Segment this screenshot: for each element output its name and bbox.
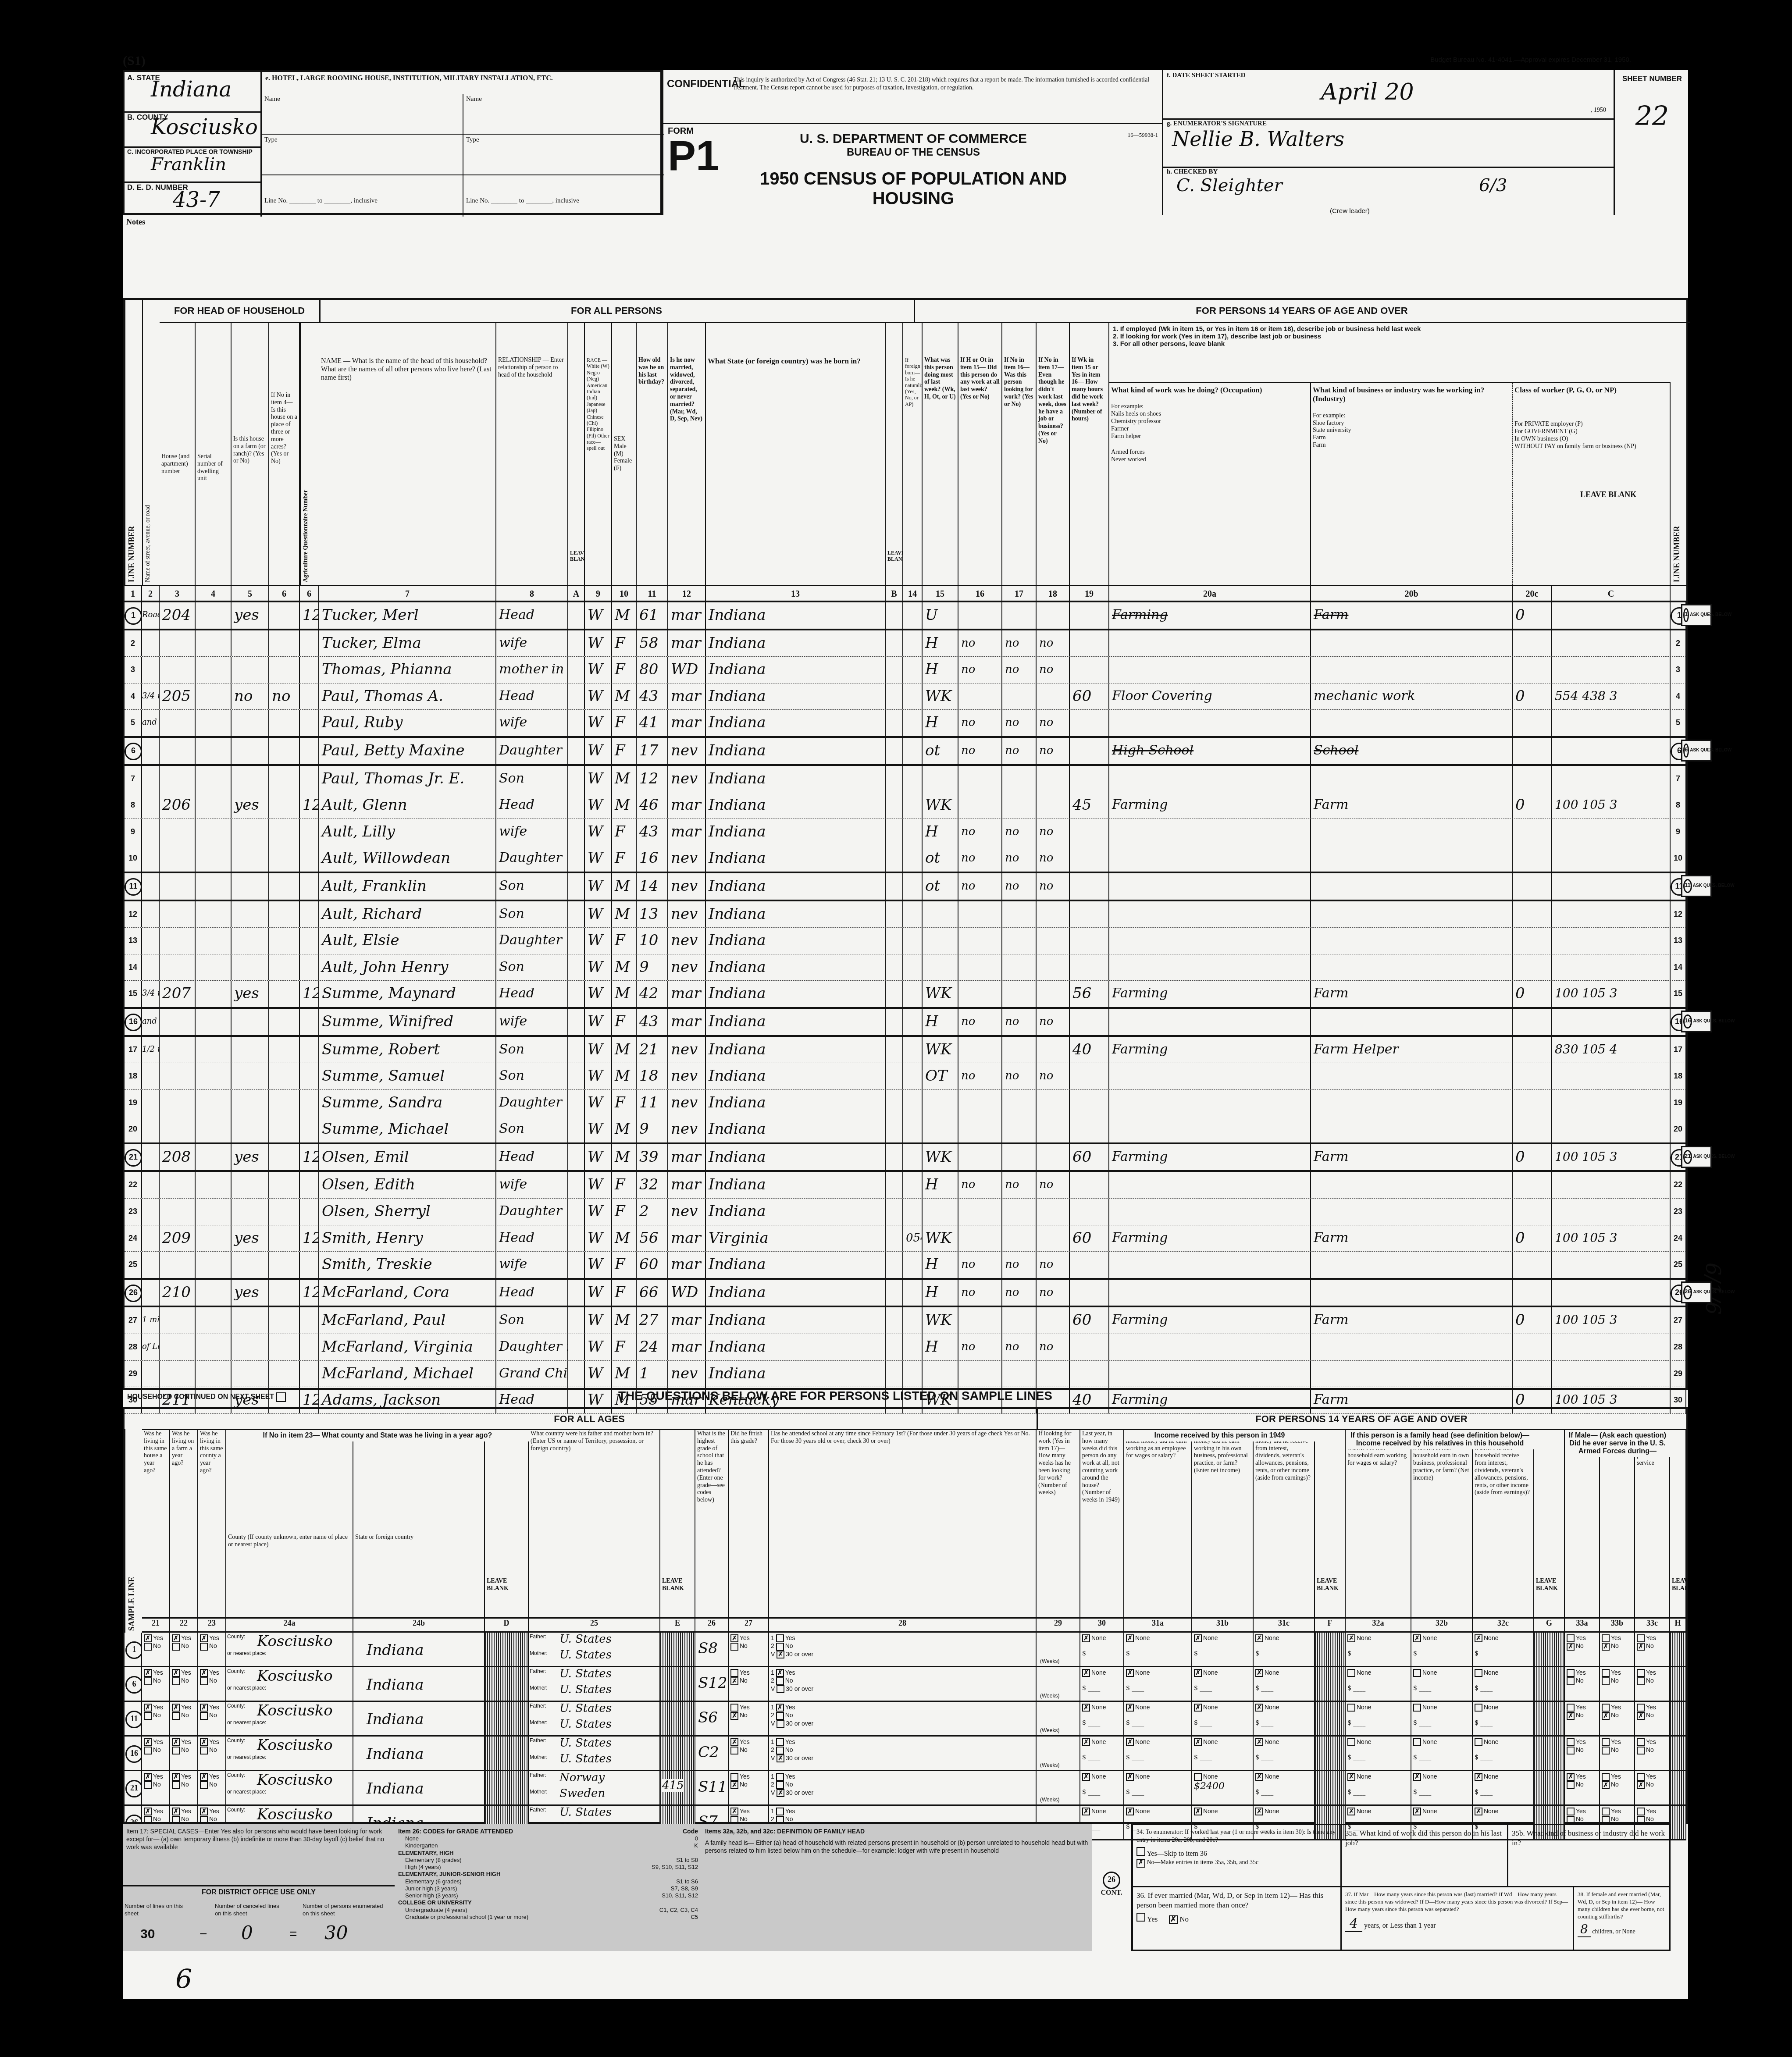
q22-yes-checkbox[interactable]: ✗Yes	[172, 1808, 196, 1815]
q33a-no-checkbox[interactable]: No	[1567, 1746, 1597, 1754]
cell-s	[196, 1225, 232, 1252]
q23-no-checkbox[interactable]: No	[200, 1677, 224, 1685]
cell-B	[886, 683, 903, 710]
sample-cell: ✗None$ ____	[1124, 1771, 1192, 1804]
sample-cell: (Weeks)	[1037, 1771, 1080, 1804]
sample-cell: ✗YesNo	[729, 1633, 769, 1666]
q31a-none-checkbox[interactable]: ✗None	[1126, 1704, 1190, 1712]
cell-ln: 16	[125, 1009, 142, 1035]
cell-b: Indiana	[706, 1252, 886, 1278]
cell-n: Summe, Robert	[319, 1037, 496, 1063]
q28-yes-checkbox[interactable]: 1 Yes	[771, 1634, 1034, 1642]
q33a-no-checkbox[interactable]: ✗No	[1567, 1642, 1597, 1650]
sample-cell: ✗None$ ____	[1192, 1633, 1254, 1666]
cell-f: yes	[232, 981, 269, 1007]
q31a-none-checkbox[interactable]: ✗None	[1126, 1634, 1190, 1642]
q28-30-or-over-checkbox[interactable]: V 30 or over	[771, 1720, 1034, 1728]
cell-f	[232, 1307, 269, 1334]
q36-no-checkbox[interactable]: ✗	[1169, 1915, 1178, 1924]
cell-occ: Farming	[1109, 1144, 1311, 1171]
q21-yes-checkbox[interactable]: ✗Yes	[144, 1669, 167, 1677]
q21-no-checkbox[interactable]: No	[144, 1642, 167, 1650]
cell-nat	[903, 683, 923, 710]
q22-no-checkbox[interactable]: No	[172, 1677, 196, 1685]
cell-a	[269, 1144, 300, 1171]
sample-lines-grid: FOR ALL AGES FOR PERSONS 14 YEARS OF AGE…	[123, 1407, 1688, 1824]
q31c-none-checkbox[interactable]: ✗None	[1255, 1808, 1312, 1815]
q33b-no-checkbox[interactable]: ✗No	[1602, 1642, 1632, 1650]
q23-no-checkbox[interactable]: No	[200, 1815, 224, 1823]
q32b-none-checkbox[interactable]: ✗None	[1413, 1808, 1470, 1815]
cell-race: W	[585, 928, 612, 954]
cell-cls: 0	[1513, 1225, 1552, 1252]
q21-yes-checkbox[interactable]: ✗Yes	[144, 1773, 167, 1781]
q33b-yes-checkbox[interactable]: Yes	[1602, 1808, 1632, 1815]
q21-yes-checkbox[interactable]: ✗Yes	[144, 1704, 167, 1712]
sample-cell: ✗None$ ____	[1411, 1771, 1473, 1804]
sample-cell: ✗None$ ____	[1192, 1667, 1254, 1701]
cell-ln: 6	[125, 738, 142, 764]
cell-cls	[1513, 1334, 1552, 1360]
q23-yes-checkbox[interactable]: ✗Yes	[200, 1704, 224, 1712]
cell-age: 39	[637, 1144, 668, 1171]
q31b-none-checkbox[interactable]: ✗None	[1194, 1738, 1251, 1746]
q23-yes-checkbox[interactable]: ✗Yes	[200, 1808, 224, 1815]
q30-none-checkbox[interactable]: ✗None	[1082, 1704, 1122, 1712]
cell-ind	[1311, 1280, 1513, 1306]
cell-n: McFarland, Paul	[319, 1307, 496, 1334]
q31a-none-checkbox[interactable]: ✗None	[1126, 1808, 1190, 1815]
sample-header-26: What is the highest grade of school that…	[695, 1429, 729, 1617]
cell-c17: no	[1002, 1280, 1037, 1306]
q27-no-checkbox[interactable]: ✗No	[730, 1712, 766, 1719]
q32c-none-checkbox[interactable]: None	[1475, 1669, 1532, 1677]
cell-B	[886, 1172, 903, 1198]
q31a-none-checkbox[interactable]: ✗None	[1126, 1738, 1190, 1746]
q28-yes-checkbox[interactable]: 1 ✗Yes	[771, 1669, 1034, 1677]
q32b-none-checkbox[interactable]: ✗None	[1413, 1634, 1470, 1642]
q28-yes-checkbox[interactable]: 1 Yes	[771, 1738, 1034, 1746]
q33b-yes-checkbox[interactable]: Yes	[1602, 1634, 1632, 1642]
q32a-none-checkbox[interactable]: ✗None	[1347, 1634, 1409, 1642]
cell-act	[923, 1361, 958, 1387]
cell-act: H	[923, 819, 958, 845]
q21-yes-checkbox[interactable]: ✗Yes	[144, 1808, 167, 1815]
cell-occ: Farming	[1109, 1225, 1311, 1252]
q27-no-checkbox[interactable]: ✗No	[730, 1677, 766, 1685]
q27-no-checkbox[interactable]: No	[730, 1815, 766, 1823]
q32c-none-checkbox[interactable]: None	[1475, 1738, 1532, 1746]
cell-sex: M	[612, 1116, 637, 1142]
sample-cell: Indiana	[353, 1771, 485, 1804]
sample-cell: 415	[660, 1771, 695, 1804]
q27-yes-checkbox[interactable]: ✗Yes	[730, 1808, 766, 1815]
cell-c16	[958, 901, 1002, 928]
q22-no-checkbox[interactable]: No	[172, 1781, 196, 1789]
q31c-none-checkbox[interactable]: ✗None	[1255, 1738, 1312, 1746]
q33c-no-checkbox[interactable]: ✗No	[1637, 1781, 1667, 1789]
cell-c18: no	[1037, 1009, 1070, 1035]
grade-code-row: Senior high (3 years)S10, S11, S12	[398, 1892, 698, 1899]
q33b-no-checkbox[interactable]: ✗No	[1602, 1712, 1632, 1719]
cell-s	[196, 657, 232, 683]
cell-occ	[1109, 873, 1311, 900]
sample-section-all-ages: FOR ALL AGES	[142, 1409, 1038, 1430]
q33c-yes-checkbox[interactable]: Yes	[1637, 1704, 1667, 1712]
cell-a	[269, 1334, 300, 1360]
cell-c16	[958, 792, 1002, 819]
cell-ind: Farm	[1311, 1144, 1513, 1171]
cell-ln: 1	[125, 602, 142, 629]
cell-age: 14	[637, 873, 668, 900]
q21-no-checkbox[interactable]: No	[144, 1815, 167, 1823]
sample-line-marker: 6	[125, 1676, 142, 1694]
q33c-no-checkbox[interactable]: ✗No	[1637, 1642, 1667, 1650]
cell-ln2: 25	[1671, 1252, 1686, 1278]
q32c-none-checkbox[interactable]: ✗None	[1475, 1773, 1532, 1781]
cell-st	[142, 1199, 160, 1225]
q31b-none-checkbox[interactable]: None	[1194, 1773, 1251, 1781]
q21-no-checkbox[interactable]: No	[144, 1781, 167, 1789]
cell-q	[300, 683, 319, 710]
q33a-yes-checkbox[interactable]: Yes	[1567, 1634, 1597, 1642]
q28-30-or-over-checkbox[interactable]: V ✗30 or over	[771, 1754, 1034, 1762]
cell-a	[269, 873, 300, 900]
q28-no-checkbox[interactable]: 2 No	[771, 1712, 1034, 1719]
cell-B	[886, 1009, 903, 1035]
q27-yes-checkbox[interactable]: ✗Yes	[730, 1634, 766, 1642]
hotel-block: e. HOTEL, LARGE ROOMING HOUSE, INSTITUTI…	[260, 72, 665, 217]
cell-c17: no	[1002, 819, 1037, 845]
cell-b: Indiana	[706, 819, 886, 845]
cell-r: Head	[496, 602, 568, 629]
q32c-none-checkbox[interactable]: None	[1475, 1704, 1532, 1712]
cell-q: 121	[300, 602, 319, 629]
cell-a	[269, 1280, 300, 1306]
q32b-none-checkbox[interactable]: None	[1413, 1704, 1470, 1712]
q30-none-checkbox[interactable]: ✗None	[1082, 1669, 1122, 1677]
q23-no-checkbox[interactable]: No	[200, 1712, 224, 1719]
q27-yes-checkbox[interactable]: ✗Yes	[730, 1738, 766, 1746]
cell-cls: 0	[1513, 1307, 1552, 1334]
cell-st	[142, 1225, 160, 1252]
cell-B	[886, 1116, 903, 1142]
cell-s	[196, 602, 232, 629]
q33c-yes-checkbox[interactable]: Yes	[1637, 1738, 1667, 1746]
q33b-yes-checkbox[interactable]: Yes	[1602, 1738, 1632, 1746]
q22-no-checkbox[interactable]: No	[172, 1712, 196, 1719]
cell-q	[300, 710, 319, 736]
q32b-none-checkbox[interactable]: None	[1413, 1669, 1470, 1677]
cell-A	[568, 954, 585, 981]
q31c-none-checkbox[interactable]: ✗None	[1255, 1773, 1312, 1781]
sample-cell: ✗YesNo	[170, 1737, 198, 1770]
q36-yes-checkbox[interactable]	[1136, 1913, 1145, 1922]
person-row: 22Olsen, EdithwifeWF32marIndianaHnonono2…	[125, 1172, 1686, 1199]
q32b-none-checkbox[interactable]: None	[1413, 1738, 1470, 1746]
q33a-no-checkbox[interactable]: No	[1567, 1781, 1597, 1789]
q34-no-checkbox[interactable]: ✗	[1136, 1859, 1145, 1868]
q33b-no-checkbox[interactable]: No	[1602, 1677, 1632, 1685]
header-block: a. STATE Indiana b. COUNTY Kosciusko c. …	[123, 70, 662, 215]
q33c-no-checkbox[interactable]: No	[1637, 1815, 1667, 1823]
cell-age: 43	[637, 1009, 668, 1035]
cell-h	[160, 1037, 196, 1063]
q33c-yes-checkbox[interactable]: Yes	[1637, 1808, 1667, 1815]
grade-code-row: ELEMENTARY, HIGH	[398, 1850, 698, 1857]
cell-n: Tucker, Merl	[319, 602, 496, 629]
q23-yes-checkbox[interactable]: ✗Yes	[200, 1634, 224, 1642]
cell-b: Indiana	[706, 602, 886, 629]
cell-h	[160, 845, 196, 872]
grade-attended: S8	[695, 1633, 728, 1664]
cell-h	[160, 657, 196, 683]
cell-c18: no	[1037, 845, 1070, 872]
person-row: 20Summe, MichaelSonWM9nevIndiana20	[125, 1116, 1686, 1144]
q33a-yes-checkbox[interactable]: Yes	[1567, 1704, 1597, 1712]
cell-c18	[1037, 1144, 1070, 1171]
q32c-none-checkbox[interactable]: ✗None	[1475, 1634, 1532, 1642]
person-row: 23Olsen, SherrylDaughterWF2nevIndiana23	[125, 1199, 1686, 1225]
q21-yes-checkbox[interactable]: ✗Yes	[144, 1634, 167, 1642]
grade-code-row: Elementary (8 grades)S1 to S8	[398, 1857, 698, 1864]
q22-yes-checkbox[interactable]: ✗Yes	[172, 1669, 196, 1677]
q21-no-checkbox[interactable]: No	[144, 1746, 167, 1754]
sample-cell: S6	[695, 1702, 729, 1735]
q33c-no-checkbox[interactable]: No	[1637, 1677, 1667, 1685]
q28-yes-checkbox[interactable]: 1 ✗Yes	[771, 1704, 1034, 1712]
q28-30-or-over-checkbox[interactable]: V ✗30 or over	[771, 1789, 1034, 1797]
cell-c17	[1002, 1307, 1037, 1334]
q23-yes-checkbox[interactable]: ✗Yes	[200, 1669, 224, 1677]
q33a-yes-checkbox[interactable]: ✗Yes	[1567, 1773, 1597, 1781]
q33b-yes-checkbox[interactable]: Yes	[1602, 1773, 1632, 1781]
q27-no-checkbox[interactable]: No	[730, 1642, 766, 1650]
q33a-yes-checkbox[interactable]: Yes	[1567, 1669, 1597, 1677]
q32a-none-checkbox[interactable]: ✗None	[1347, 1808, 1409, 1815]
cell-c16: no	[958, 819, 1002, 845]
cell-a	[269, 1172, 300, 1198]
q33a-yes-checkbox[interactable]: Yes	[1567, 1808, 1597, 1815]
sample-cell: None$ ____	[1346, 1737, 1411, 1770]
q27-no-checkbox[interactable]: No	[730, 1746, 766, 1754]
cell-f	[232, 1172, 269, 1198]
cell-c17	[1002, 1361, 1037, 1387]
cell-m: nev	[668, 1090, 706, 1116]
q28-no-checkbox[interactable]: 2 No	[771, 1677, 1034, 1685]
occupation-instructions: 1. If employed (Wk in item 15, or Yes in…	[1109, 322, 1671, 383]
cell-m: nev	[668, 954, 706, 981]
q21-yes-checkbox[interactable]: ✗Yes	[144, 1738, 167, 1746]
cell-hrs	[1070, 819, 1109, 845]
family-head-box: Items 32a, 32b, and 32c: DEFINITION OF F…	[702, 1824, 1092, 1951]
q33c-yes-checkbox[interactable]: Yes	[1637, 1634, 1667, 1642]
q23-yes-checkbox[interactable]: ✗Yes	[200, 1773, 224, 1781]
q31c-none-checkbox[interactable]: ✗None	[1255, 1669, 1312, 1677]
q31b-none-checkbox[interactable]: ✗None	[1194, 1669, 1251, 1677]
q21-no-checkbox[interactable]: No	[144, 1677, 167, 1685]
cell-m: nev	[668, 928, 706, 954]
sample-header-32a: Last year (1949), how much money did his…	[1346, 1429, 1411, 1617]
q28-no-checkbox[interactable]: 2 No	[771, 1642, 1034, 1650]
q33a-no-checkbox[interactable]: ✗No	[1567, 1712, 1597, 1719]
q34-yes-checkbox[interactable]	[1136, 1847, 1145, 1856]
q33b-no-checkbox[interactable]: ✗No	[1602, 1781, 1632, 1789]
cell-c17	[1002, 1037, 1037, 1063]
q23-no-checkbox[interactable]: No	[200, 1781, 224, 1789]
q31a-none-checkbox[interactable]: ✗None	[1126, 1669, 1190, 1677]
q22-yes-checkbox[interactable]: ✗Yes	[172, 1634, 196, 1642]
q28-30-or-over-checkbox[interactable]: V ✗30 or over	[771, 1651, 1034, 1658]
question-35a: 35a. What kind of work did this person d…	[1342, 1824, 1508, 1887]
cell-c17	[1002, 901, 1037, 928]
cell-code: 830 105 4	[1552, 1037, 1671, 1063]
q31a-none-checkbox[interactable]: ✗None	[1126, 1773, 1190, 1781]
cell-f: yes	[232, 792, 269, 819]
cell-sex: M	[612, 1225, 637, 1252]
cell-s	[196, 1116, 232, 1142]
cell-c17	[1002, 1090, 1037, 1116]
q30-none-checkbox[interactable]: ✗None	[1082, 1738, 1122, 1746]
cell-act	[923, 901, 958, 928]
q27-yes-checkbox[interactable]: Yes	[730, 1773, 766, 1781]
cell-act: H	[923, 630, 958, 657]
father-birthplace: U. States	[559, 1633, 612, 1646]
cell-f	[232, 1116, 269, 1142]
q33b-yes-checkbox[interactable]: Yes	[1602, 1669, 1632, 1677]
sample-header-23: Was he living in this same county a year…	[198, 1429, 226, 1617]
cell-age: 10	[637, 928, 668, 954]
cell-nat	[903, 1116, 923, 1142]
section-all: FOR ALL PERSONS	[319, 300, 915, 323]
q22-yes-checkbox[interactable]: ✗Yes	[172, 1773, 196, 1781]
cell-n: Ault, Richard	[319, 901, 496, 928]
cell-a	[269, 738, 300, 764]
q33b-no-checkbox[interactable]: No	[1602, 1746, 1632, 1754]
q27-yes-checkbox[interactable]: Yes	[730, 1704, 766, 1712]
sample-header-24a: County (If county unknown, enter name of…	[226, 1429, 353, 1617]
cell-cls	[1513, 1037, 1552, 1063]
cell-hrs	[1070, 710, 1109, 736]
q33a-no-checkbox[interactable]: No	[1567, 1677, 1597, 1685]
q32a-none-checkbox[interactable]: None	[1347, 1738, 1409, 1746]
cell-q	[300, 819, 319, 845]
q28-no-checkbox[interactable]: 2 No	[771, 1746, 1034, 1754]
q30-none-checkbox[interactable]: ✗None	[1082, 1773, 1122, 1781]
sample-header-D: LEAVE BLANK	[485, 1429, 529, 1617]
cell-occ	[1109, 1063, 1311, 1089]
q22-yes-checkbox[interactable]: ✗Yes	[172, 1704, 196, 1712]
cell-r: Head	[496, 1225, 568, 1252]
q33a-yes-checkbox[interactable]: Yes	[1567, 1738, 1597, 1746]
q32c-none-checkbox[interactable]: ✗None	[1475, 1808, 1532, 1815]
q28-yes-checkbox[interactable]: 1 Yes	[771, 1808, 1034, 1815]
q33c-no-checkbox[interactable]: ✗No	[1637, 1712, 1667, 1719]
cell-st	[142, 928, 160, 954]
q22-no-checkbox[interactable]: No	[172, 1815, 196, 1823]
cell-B	[886, 1037, 903, 1063]
cell-q	[300, 1172, 319, 1198]
cell-code	[1552, 1334, 1671, 1360]
q21-no-checkbox[interactable]: No	[144, 1712, 167, 1719]
q30-none-checkbox[interactable]: ✗None	[1082, 1808, 1122, 1815]
cell-n: Thomas, Phianna	[319, 657, 496, 683]
q22-no-checkbox[interactable]: No	[172, 1746, 196, 1754]
cell-c17	[1002, 1199, 1037, 1225]
cell-n: Ault, John Henry	[319, 954, 496, 981]
q32a-none-checkbox[interactable]: None	[1347, 1704, 1409, 1712]
cell-b: Indiana	[706, 630, 886, 657]
q33c-no-checkbox[interactable]: No	[1637, 1746, 1667, 1754]
q22-no-checkbox[interactable]: No	[172, 1642, 196, 1650]
cell-hrs: 56	[1070, 981, 1109, 1007]
q33c-yes-checkbox[interactable]: Yes	[1637, 1773, 1667, 1781]
q33a-no-checkbox[interactable]: No	[1567, 1815, 1597, 1823]
date-block: f. DATE SHEET STARTED April 20 , 1950 g.…	[1162, 70, 1615, 215]
cell-age: 9	[637, 1116, 668, 1142]
q27-yes-checkbox[interactable]: Yes	[730, 1669, 766, 1677]
q31b-none-checkbox[interactable]: ✗None	[1194, 1634, 1251, 1642]
sample-cell: Father:U. StatesMother:U. States	[529, 1667, 660, 1701]
cell-ind	[1311, 710, 1513, 736]
q22-yes-checkbox[interactable]: ✗Yes	[172, 1738, 196, 1746]
q23-yes-checkbox[interactable]: ✗Yes	[200, 1738, 224, 1746]
q30-none-checkbox[interactable]: ✗None	[1082, 1634, 1122, 1642]
q31b-none-checkbox[interactable]: ✗None	[1194, 1704, 1251, 1712]
q32b-none-checkbox[interactable]: ✗None	[1413, 1773, 1470, 1781]
q31c-none-checkbox[interactable]: ✗None	[1255, 1704, 1312, 1712]
sample-line-marker: 11	[125, 878, 142, 896]
cell-b: Indiana	[706, 1144, 886, 1171]
q23-no-checkbox[interactable]: No	[200, 1746, 224, 1754]
sample-group-header: If Male— (Ask each question) Did he ever…	[1565, 1430, 1670, 1457]
cell-a	[269, 766, 300, 792]
q31c-none-checkbox[interactable]: ✗None	[1255, 1634, 1312, 1642]
sample-cell: Yes✗No	[1635, 1633, 1670, 1666]
q28-yes-checkbox[interactable]: 1 Yes	[771, 1773, 1034, 1781]
cell-c16	[958, 1225, 1002, 1252]
cell-q	[300, 1252, 319, 1278]
grade-attended: S11	[695, 1771, 728, 1803]
cell-sex: F	[612, 1280, 637, 1306]
q33b-no-checkbox[interactable]: No	[1602, 1815, 1632, 1823]
q23-no-checkbox[interactable]: No	[200, 1642, 224, 1650]
q28-no-checkbox[interactable]: 2 No	[771, 1781, 1034, 1789]
q28-30-or-over-checkbox[interactable]: V 30 or over	[771, 1685, 1034, 1693]
q31b-none-checkbox[interactable]: ✗None	[1194, 1808, 1251, 1815]
q27-no-checkbox[interactable]: ✗No	[730, 1781, 766, 1789]
cell-f	[232, 766, 269, 792]
sample-cell: Yes✗No	[1600, 1633, 1635, 1666]
cell-ind	[1311, 845, 1513, 872]
q33b-yes-checkbox[interactable]: Yes	[1602, 1704, 1632, 1712]
cell-h	[160, 1172, 196, 1198]
q32a-none-checkbox[interactable]: ✗None	[1347, 1773, 1409, 1781]
sample-cell	[1315, 1737, 1346, 1770]
cell-r: Head	[496, 683, 568, 710]
household-continued-checkbox[interactable]	[276, 1392, 286, 1402]
cell-f	[232, 1063, 269, 1089]
person-row: 171/2 mile southSumme, RobertSonWM21nevI…	[125, 1037, 1686, 1064]
q33c-yes-checkbox[interactable]: Yes	[1637, 1669, 1667, 1677]
q28-no-checkbox[interactable]: 2 No	[771, 1815, 1034, 1823]
q32a-none-checkbox[interactable]: None	[1347, 1669, 1409, 1677]
cell-f	[232, 954, 269, 981]
cell-m: mar	[668, 1144, 706, 1171]
cell-hrs	[1070, 1009, 1109, 1035]
cell-c16: no	[958, 1334, 1002, 1360]
cell-ln2: 20	[1671, 1116, 1686, 1142]
